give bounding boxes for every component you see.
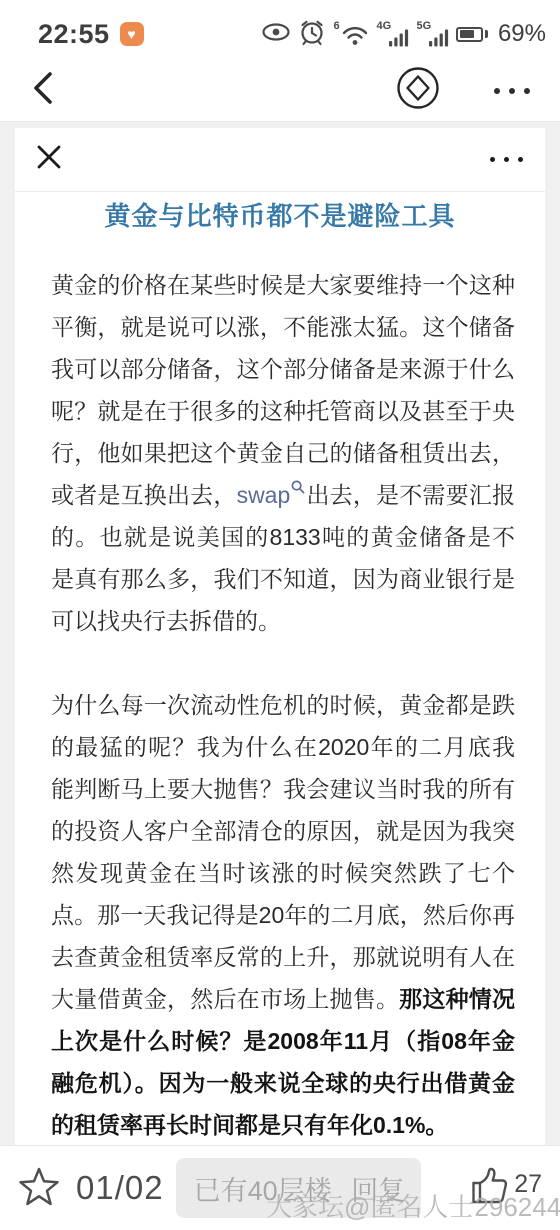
article-body: 黄金的价格在某些时候是大家要维持一个这种平衡，就是说可以涨，不能涨太猛。这个储备… — [15, 233, 545, 1145]
magnifier-icon — [291, 480, 305, 494]
swap-link-text: swap — [237, 482, 291, 508]
paragraph-2-text: 为什么每一次流动性危机的时候，黄金都是跌的最猛的呢？我为什么在2020年的二月底… — [51, 692, 515, 1012]
paragraph-1: 黄金的价格在某些时候是大家要维持一个这种平衡，就是说可以涨，不能涨太猛。这个储备… — [51, 264, 515, 642]
favorite-star-icon[interactable] — [18, 1165, 60, 1212]
nav-more-icon[interactable] — [494, 88, 530, 94]
bottom-action-bar: 01/02 已有40层楼 回复 27 — [0, 1145, 560, 1230]
diamond-circle-icon[interactable] — [396, 66, 440, 115]
swap-dictionary-link[interactable]: swap — [237, 482, 307, 508]
like-group: 27 — [467, 1164, 542, 1213]
battery-icon — [456, 27, 488, 42]
nav-bar — [0, 60, 560, 122]
wifi6-label: 6 — [333, 20, 339, 32]
page-indicator[interactable]: 01/02 — [76, 1169, 164, 1207]
article-title: 黄金与比特币都不是避险工具 — [15, 196, 545, 233]
article-card: 黄金与比特币都不是避险工具 黄金的价格在某些时候是大家要维持一个这种平衡，就是说… — [15, 128, 545, 1145]
clock-time: 22:55 — [38, 19, 110, 50]
health-heart-badge-icon: ♥ — [120, 22, 144, 46]
heart-glyph: ♥ — [127, 27, 135, 41]
close-icon[interactable] — [35, 143, 63, 176]
thumbs-up-icon[interactable] — [467, 1164, 511, 1213]
status-bar: 22:55 ♥ 6 — [0, 0, 560, 60]
page-background: 黄金与比特币都不是避险工具 黄金的价格在某些时候是大家要维持一个这种平衡，就是说… — [0, 122, 560, 1145]
nav-right-actions — [396, 66, 530, 115]
paragraph-1-text-a: 黄金的价格在某些时候是大家要维持一个这种平衡，就是说可以涨，不能涨太猛。这个储备… — [51, 272, 515, 508]
back-chevron-icon[interactable] — [28, 68, 58, 113]
status-left: 22:55 ♥ — [38, 19, 144, 50]
battery-percent: 69% — [498, 20, 546, 48]
wifi6-icon: 6 — [333, 20, 369, 48]
status-right: 6 4G 5G — [261, 18, 546, 51]
card-more-icon[interactable] — [490, 157, 523, 162]
signal-4g-icon: 4G — [376, 20, 409, 48]
reply-button[interactable]: 回复 — [351, 1169, 405, 1208]
reply-input[interactable]: 已有40层楼 回复 — [176, 1158, 422, 1218]
card-header — [15, 128, 545, 192]
like-count: 27 — [514, 1170, 542, 1199]
eye-protection-icon — [261, 21, 291, 48]
floors-count-text: 已有40层楼 — [194, 1169, 352, 1208]
paragraph-2: 为什么每一次流动性危机的时候，黄金都是跌的最猛的呢？我为什么在2020年的二月底… — [51, 684, 515, 1145]
alarm-clock-icon — [298, 18, 326, 51]
signal-5g-icon: 5G — [416, 20, 449, 48]
